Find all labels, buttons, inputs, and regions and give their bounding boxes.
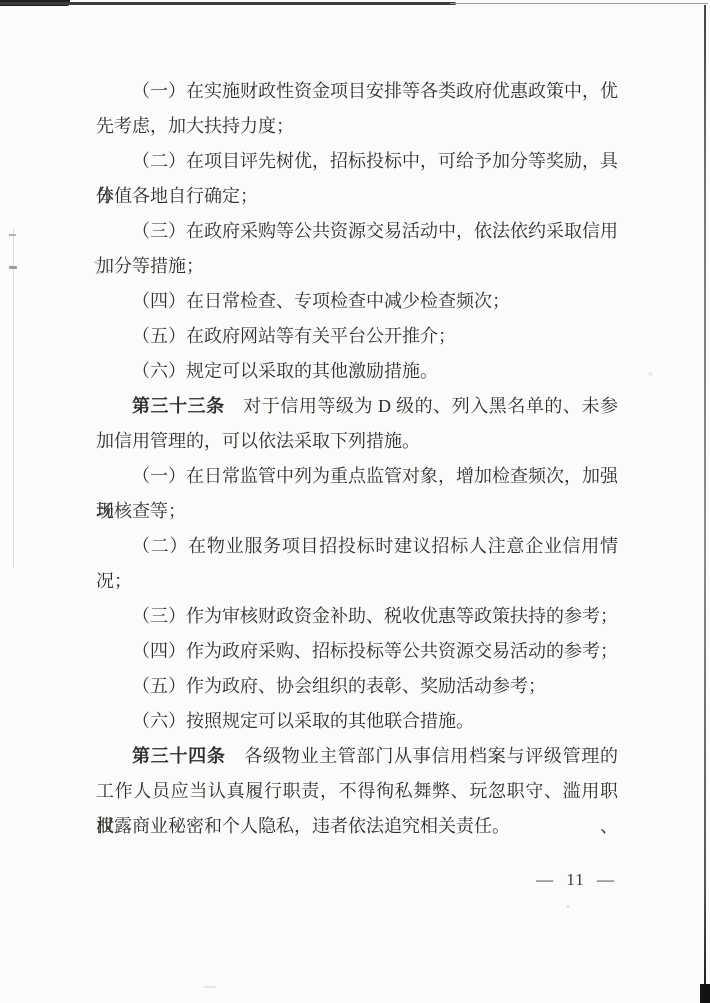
text-line: （一）在实施财政性资金项目安排等各类政府优惠政策中，优 [96, 74, 618, 109]
scan-edge-top-light [450, 3, 708, 4]
text-line: 第三十四条 各级物业主管部门从事信用档案与评级管理的 [96, 739, 618, 774]
scan-tick-mark [9, 234, 16, 236]
text-line: 先考虑，加大扶持力度； [96, 109, 618, 144]
scan-edge-bottom-blob [700, 984, 710, 1003]
text-line: 工作人员应当认真履行职责，不得徇私舞弊、玩忽职守、滥用职权、 [96, 774, 618, 809]
scan-fold-line-left [13, 228, 14, 568]
article-heading: 第三十三条 [132, 396, 225, 416]
scan-edge-top-corner [0, 0, 70, 6]
text-line: （一）在日常监管中列为重点监管对象，增加检查频次，加强现 [96, 459, 618, 494]
scan-speck [566, 905, 570, 908]
text-line: （三）作为审核财政资金补助、税收优惠等政策扶持的参考； [96, 599, 618, 634]
text-line: （二）在物业服务项目招投标时建议招标人注意企业信用情 [96, 529, 618, 564]
page-number: — 11 — [536, 870, 615, 890]
text-line: 况； [96, 564, 618, 599]
scan-tick-mark [9, 266, 17, 269]
text-line: 加信用管理的，可以依法采取下列措施。 [96, 424, 618, 459]
text-line: （六）规定可以采取的其他激励措施。 [96, 354, 618, 389]
article-heading: 第三十四条 [132, 746, 226, 766]
scan-edge-right [704, 5, 706, 985]
scanned-page: （一）在实施财政性资金项目安排等各类政府优惠政策中，优先考虑，加大扶持力度；（二… [0, 0, 710, 1003]
text-line: 场核查等； [96, 494, 618, 529]
scan-edge-top-dark [0, 2, 456, 5]
text-line: （四）作为政府采购、招标投标等公共资源交易活动的参考； [96, 634, 618, 669]
text-line: （五）在政府网站等有关平台公开推介； [96, 319, 618, 354]
text-line: （五）作为政府、协会组织的表彰、奖励活动参考； [96, 669, 618, 704]
scan-speck [204, 986, 216, 988]
text-line: （二）在项目评先树优，招标投标中，可给予加分等奖励，具体 [96, 144, 618, 179]
document-body: （一）在实施财政性资金项目安排等各类政府优惠政策中，优先考虑，加大扶持力度；（二… [96, 74, 618, 844]
text-line: （六）按照规定可以采取的其他联合措施。 [96, 704, 618, 739]
text-line: 加分等措施； [96, 249, 618, 284]
text-line: （三）在政府采购等公共资源交易活动中，依法依约采取信用 [96, 214, 618, 249]
text-line: 分值各地自行确定； [96, 179, 618, 214]
scan-speck [648, 372, 653, 376]
text-line: 第三十三条 对于信用等级为 D 级的、列入黑名单的、未参 [96, 389, 618, 424]
text-line: （四）在日常检查、专项检查中减少检查频次； [96, 284, 618, 319]
